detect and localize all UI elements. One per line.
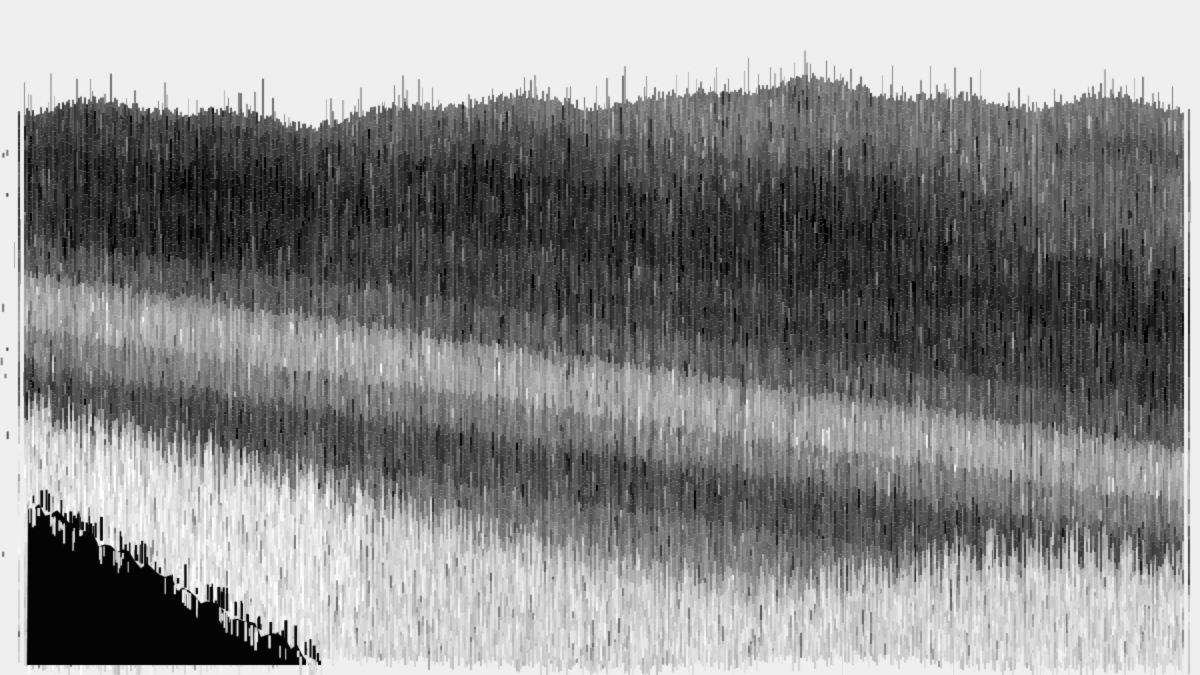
glitch-art-stage (0, 0, 1200, 675)
glitch-terrain-image (0, 0, 1200, 675)
